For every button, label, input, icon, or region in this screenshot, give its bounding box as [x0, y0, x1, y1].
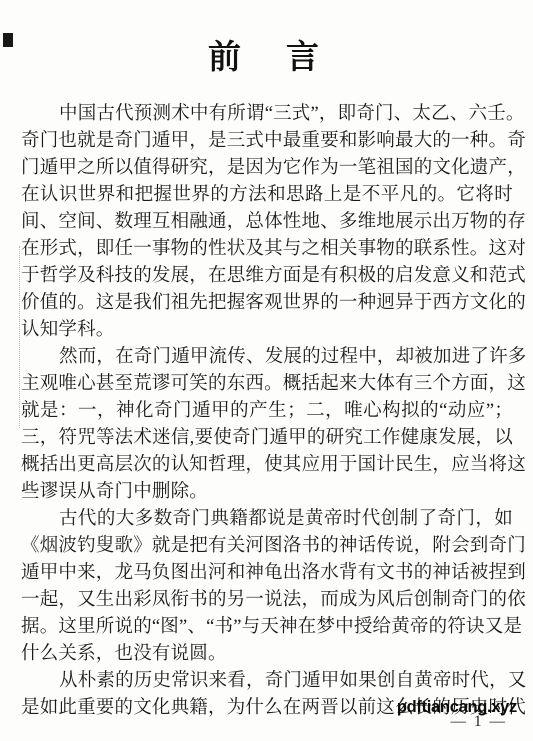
- text-line: 《烟波钓叟歌》就是把有关河图洛书的神话传说，附会到奇门: [21, 533, 513, 560]
- text-line: 奇门也就是奇门遁甲，是三式中最重要和影响最大的一种。奇: [21, 128, 513, 155]
- text-line: 价值的。这是我们祖先把握客观世界的一种迥异于西方文化的: [21, 290, 513, 317]
- scan-artifact-dots: [19, 246, 20, 428]
- text-line: 在认识世界和把握世界的方法和思路上是不平凡的。它将时: [21, 182, 513, 209]
- text-line: 些谬误从奇门中删除。: [21, 479, 513, 506]
- text-line: 概括出更高层次的认知哲理，使其应用于国计民生，应当将这: [21, 452, 513, 479]
- text-line: 主观唯心甚至荒谬可笑的东西。概括起来大体有三个方面，这: [21, 371, 513, 398]
- text-line: 然而，在奇门遁甲流传、发展的过程中，却被加进了许多: [21, 344, 513, 371]
- text-line: 一起，又生出彩凤衔书的另一说法，而成为风后创制奇门的依: [21, 587, 513, 614]
- text-line: 就是：一，神化奇门遁甲的产生；二，唯心构拟的“动应”；: [21, 398, 513, 425]
- page-title: 前 言: [0, 31, 533, 78]
- text-line: 从朴素的历史常识来看，奇门遁甲如果创自黄帝时代，又: [21, 668, 513, 695]
- text-line: 遁甲中来，龙马负图出河和神龟出洛水背有文书的神话被捏到: [21, 560, 513, 587]
- text-line: 在形式，即任一事物的性状及其与之相关事物的联系性。这对: [21, 236, 513, 263]
- text-line: 据。这里所说的“图”、“书”与天神在梦中授给黄帝的符诀又是: [21, 614, 513, 641]
- text-line: 中国古代预测术中有所谓“三式”，即奇门、太乙、六壬。: [21, 101, 513, 128]
- text-line: 什么关系，也没有说圆。: [21, 641, 513, 668]
- document-page: 前 言 中国古代预测术中有所谓“三式”，即奇门、太乙、六壬。 奇门也就是奇门遁甲…: [0, 0, 533, 741]
- text-line: 门遁甲之所以值得研究，是因为它作为一笔祖国的文化遗产，: [21, 155, 513, 182]
- text-line: 认知学科。: [21, 317, 513, 344]
- text-line: 古代的大多数奇门典籍都说是黄帝时代创制了奇门，如: [21, 506, 513, 533]
- text-line: 于哲学及科技的发展，在思维方面是有积极的启发意义和范式: [21, 263, 513, 290]
- text-line: 间、空间、数理互相融通，总体性地、多维地展示出万物的存: [21, 209, 513, 236]
- body-text: 中国古代预测术中有所谓“三式”，即奇门、太乙、六壬。 奇门也就是奇门遁甲，是三式…: [21, 101, 513, 722]
- page-number: — 1 —: [451, 713, 508, 731]
- text-line: 三，符咒等法术迷信,要使奇门遁甲的研究工作健康发展，以: [21, 425, 513, 452]
